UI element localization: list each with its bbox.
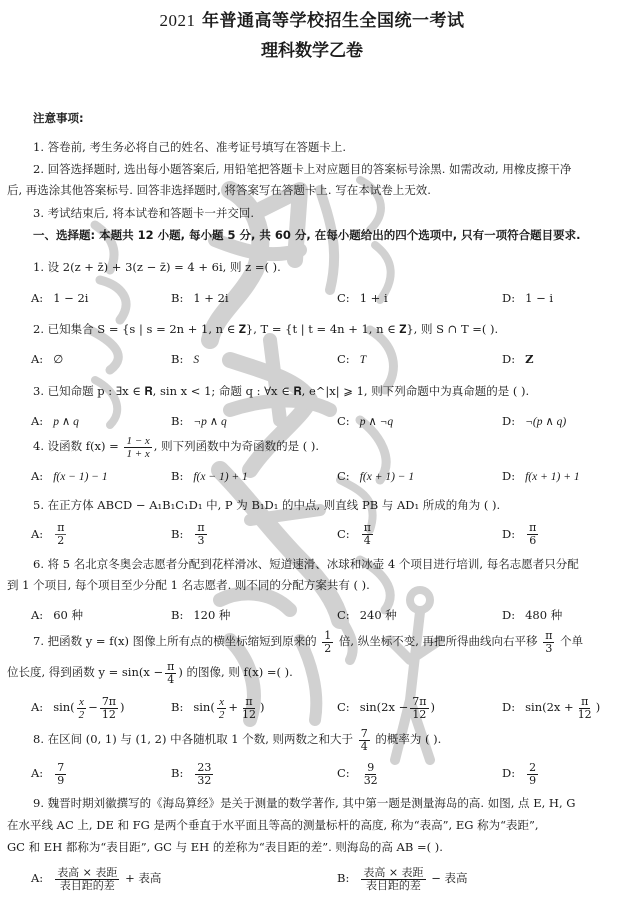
q2-option-d[interactable]: D:Z [502,352,534,366]
q5-option-a[interactable]: A:π2 [31,522,68,547]
q7-option-c[interactable]: C:sin(2x −7π12) [337,694,435,721]
notes-heading: 注意事项: [33,111,84,125]
q8-option-a[interactable]: A:79 [31,760,68,787]
q5-option-d[interactable]: D:π6 [502,522,540,547]
q8-option-d[interactable]: D:29 [502,760,540,787]
question-1-stem: 1. 设 2(z + z̄) + 3(z − z̄) = 4 + 6i, 则 z… [33,260,281,274]
q3-option-b[interactable]: B:¬p ∧ q [171,414,227,429]
q2-option-a[interactable]: A:∅ [31,352,63,366]
q7-option-a[interactable]: A:sin(x2−7π12) [31,694,125,721]
question-9-stem-line3: GC 和 EH 都称为“表目距”, GC 与 EH 的差称为“表目距的差”. 则… [7,840,443,854]
question-9-stem-line2: 在水平线 AC 上, DE 和 FG 是两个垂直于水平面且等高的测量标杆的高度,… [7,818,539,832]
exam-subtitle: 理科数学乙卷 [0,36,624,61]
note-item-2: 2. 回答选择题时, 选出每小题答案后, 用铅笔把答题卡上对应题目的答案标号涂黑… [33,162,571,176]
exam-title: 2021 年普通高等学校招生全国统一考试 [0,6,624,31]
q6-option-a[interactable]: A:60 种 [31,608,83,622]
q4-option-d[interactable]: D:f(x + 1) + 1 [502,469,580,484]
q4-option-b[interactable]: B:f(x − 1) + 1 [171,469,248,484]
question-6-stem-line1: 6. 将 5 名北京冬奥会志愿者分配到花样滑冰、短道速滑、冰球和冰壶 4 个项目… [33,557,579,571]
q1-option-d[interactable]: D:1 − i [502,291,553,305]
q6-option-b[interactable]: B:120 种 [171,608,230,622]
q6-option-d[interactable]: D:480 种 [502,608,562,622]
q1-option-a[interactable]: A:1 − 2i [31,291,88,305]
note-item-2-cont: 后, 再选涂其他答案标号. 回答非选择题时, 将答案写在答题卡上. 写在本试卷上… [7,183,431,197]
q5-option-b[interactable]: B:π3 [171,522,209,547]
q3-option-c[interactable]: C:p ∧ ¬q [337,414,393,429]
question-7-stem-line1: 7. 把函数 y = f(x) 图像上所有点的横坐标缩短到原来的 12 倍, 纵… [33,628,583,655]
q4-option-c[interactable]: C:f(x + 1) − 1 [337,469,414,484]
q1-option-c[interactable]: C:1 + i [337,291,388,305]
q1-option-b[interactable]: B:1 + 2i [171,291,229,305]
q7-option-d[interactable]: D:sin(2x +π12) [502,694,600,721]
question-4-stem: 4. 设函数 f(x) = 1 − x1 + x, 则下列函数中为奇函数的是 (… [33,434,319,460]
fraction: 1 − x1 + x [124,435,151,460]
q9-option-a[interactable]: A:表高 × 表距表目距的差 + 表高 [31,864,161,892]
q8-option-b[interactable]: B:2332 [171,760,215,787]
question-3-stem: 3. 已知命题 p : ∃x ∈ 𝐑, sin x < 1; 命题 q : ∀x… [33,384,529,398]
question-5-stem: 5. 在正方体 ABCD − A₁B₁C₁D₁ 中, P 为 B₁D₁ 的中点,… [33,498,500,512]
q2-option-b[interactable]: B:S [171,352,199,367]
q4-option-a[interactable]: A:f(x − 1) − 1 [31,469,108,484]
note-item-1: 1. 答卷前, 考生务必将自己的姓名、准考证号填写在答题卡上. [33,140,346,154]
question-2-stem: 2. 已知集合 S = {s | s = 2n + 1, n ∈ 𝐙}, T =… [33,322,498,336]
q9-option-b[interactable]: B:表高 × 表距表目距的差 − 表高 [337,864,468,892]
question-8-stem: 8. 在区间 (0, 1) 与 (1, 2) 中各随机取 1 个数, 则两数之和… [33,726,441,753]
q7-option-b[interactable]: B:sin(x2+π12) [171,694,264,721]
q6-option-c[interactable]: C:240 种 [337,608,397,622]
section-heading: 一、选择题: 本题共 12 小题, 每小题 5 分, 共 60 分, 在每小题给… [33,228,581,242]
q2-option-c[interactable]: C:T [337,352,366,367]
note-item-3: 3. 考试结束后, 将本试卷和答题卡一并交回. [33,206,254,220]
q3-option-a[interactable]: A:p ∧ q [31,414,79,429]
q8-option-c[interactable]: C:932 [337,760,382,787]
question-6-stem-line2: 到 1 个项目, 每个项目至少分配 1 名志愿者. 则不同的分配方案共有 ( )… [7,578,370,592]
q3-option-d[interactable]: D:¬(p ∧ q) [502,414,566,429]
question-9-stem-line1: 9. 魏晋时期刘徽撰写的《海岛算经》是关于测量的数学著作, 其中第一题是测量海岛… [33,796,575,810]
q5-option-c[interactable]: C:π4 [337,522,375,547]
question-7-stem-line2: 位长度, 得到函数 y = sin(x −π4) 的图像, 则 f(x) =( … [7,659,293,686]
